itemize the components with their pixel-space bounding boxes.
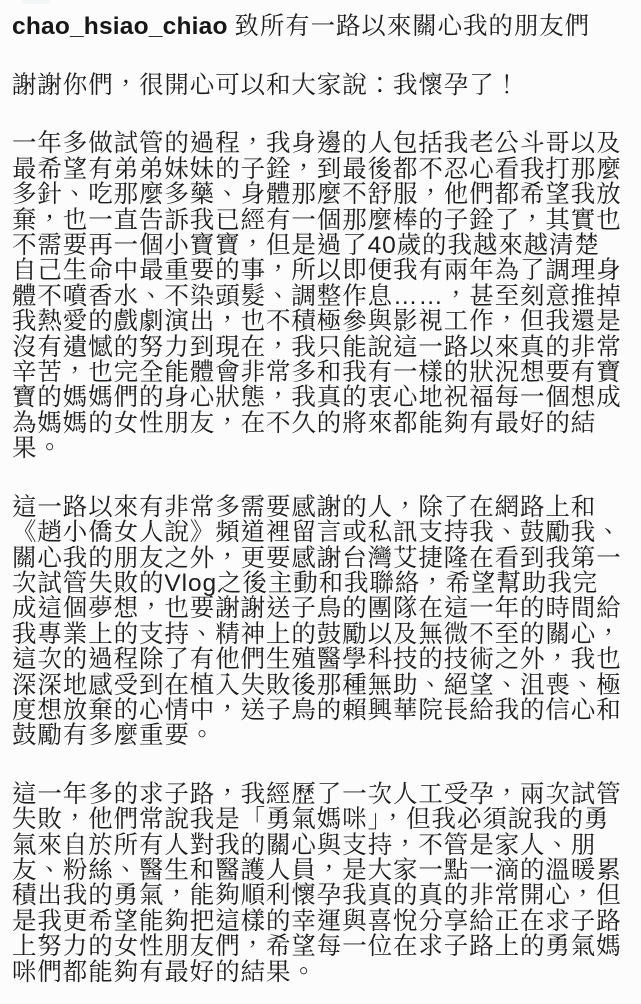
text-line: 咪們都能夠有最好的結果。 <box>12 960 629 985</box>
text-line: 度想放棄的心情中，送子鳥的賴興華院長給我的信心和 <box>12 698 629 723</box>
text-line: 這次的過程除了有他們生殖醫學科技的技術之外，我也 <box>12 647 629 672</box>
text-line: 最希望有弟弟妹妹的子銓，到最後都不忍心看我打那麼 <box>12 157 629 182</box>
text-line: 是我更希望能夠把這樣的幸運與喜悅分享給正在求子路 <box>12 909 629 934</box>
text-line: 我專業上的支持、精神上的鼓勵以及無微不至的關心， <box>12 622 629 647</box>
post-paragraph: 謝謝你們，很開心可以和大家說：我懷孕了！ <box>12 73 629 98</box>
text-line: 自己生命中最重要的事，所以即便我有兩年為了調理身 <box>12 258 629 283</box>
text-line: 寶的媽媽們的身心狀態，我真的衷心地祝福每一個想成 <box>12 385 629 410</box>
text-line: 成這個夢想，也要謝謝送子鳥的團隊在這一年的時間給 <box>12 596 629 621</box>
caption-header: chao_hsiao_chiao 致所有一路以來關心我的朋友們 <box>12 14 629 40</box>
text-line: 果。 <box>12 436 629 461</box>
text-line: 多針、吃那麼多藥、身體那麼不舒服，他們都希望我放 <box>12 182 629 207</box>
text-line: 為媽媽的女性朋友，在不久的將來都能夠有最好的結 <box>12 411 629 436</box>
text-line: 我熱愛的戲劇演出，也不積極參與影視工作，但我還是 <box>12 309 629 334</box>
text-line: 體不噴香水、不染頭髮、調整作息……，甚至刻意推掉 <box>12 284 629 309</box>
text-line: 上努力的女性朋友們，希望每一位在求子路上的勇氣媽 <box>12 934 629 959</box>
text-line: 不需要再一個小寶寶，但是過了40歲的我越來越清楚 <box>12 233 629 258</box>
text-line: 友、粉絲、醫生和醫護人員，是大家一點一滴的溫暖累 <box>12 858 629 883</box>
text-line: 這一路以來有非常多需要感謝的人，除了在網路上和 <box>12 495 629 520</box>
post-paragraph: 一年多做試管的過程，我身邊的人包括我老公斗哥以及最希望有弟弟妹妹的子銓，到最後都… <box>12 131 629 461</box>
username-link[interactable]: chao_hsiao_chiao <box>12 13 228 40</box>
text-line: 沒有遺憾的努力到現在，我只能說這一路以來真的非常 <box>12 335 629 360</box>
text-line: 深深地感受到在植入失敗後那種無助、絕望、沮喪、極 <box>12 673 629 698</box>
post-paragraph: 這一路以來有非常多需要感謝的人，除了在網路上和《趙小僑女人說》頻道裡留言或私訊支… <box>12 495 629 749</box>
text-line: 鼓勵有多麼重要。 <box>12 723 629 748</box>
text-line: 棄，也一直告訴我已經有一個那麼棒的子銓了，其實也 <box>12 208 629 233</box>
text-line: 一年多做試管的過程，我身邊的人包括我老公斗哥以及 <box>12 131 629 156</box>
caption-title: 致所有一路以來關心我的朋友們 <box>234 13 590 40</box>
post-caption-panel: chao_hsiao_chiao 致所有一路以來關心我的朋友們 謝謝你們，很開心… <box>0 0 641 985</box>
cropped-ui-fragment <box>21 0 51 4</box>
post-paragraph: 這一年多的求子路，我經歷了一次人工受孕，兩次試管失敗，他們常說我是「勇氣媽咪」，… <box>12 782 629 985</box>
text-line: 次試管失敗的Vlog之後主動和我聯絡，希望幫助我完 <box>12 571 629 596</box>
text-line: 氣來自於所有人對我的關心與支持，不管是家人、朋 <box>12 833 629 858</box>
text-line: 這一年多的求子路，我經歷了一次人工受孕，兩次試管 <box>12 782 629 807</box>
text-line: 辛苦，也完全能體會非常多和我有一樣的狀況想要有寶 <box>12 360 629 385</box>
text-line: 關心我的朋友之外，更要感謝台灣艾捷隆在看到我第一 <box>12 546 629 571</box>
text-line: 積出我的勇氣，能夠順利懷孕我真的真的非常開心，但 <box>12 883 629 908</box>
text-line: 失敗，他們常說我是「勇氣媽咪」，但我必須說我的勇 <box>12 807 629 832</box>
text-line: 謝謝你們，很開心可以和大家說：我懷孕了！ <box>12 73 629 98</box>
text-line: 《趙小僑女人說》頻道裡留言或私訊支持我、鼓勵我、 <box>12 520 629 545</box>
post-body: 謝謝你們，很開心可以和大家說：我懷孕了！一年多做試管的過程，我身邊的人包括我老公… <box>12 73 629 985</box>
